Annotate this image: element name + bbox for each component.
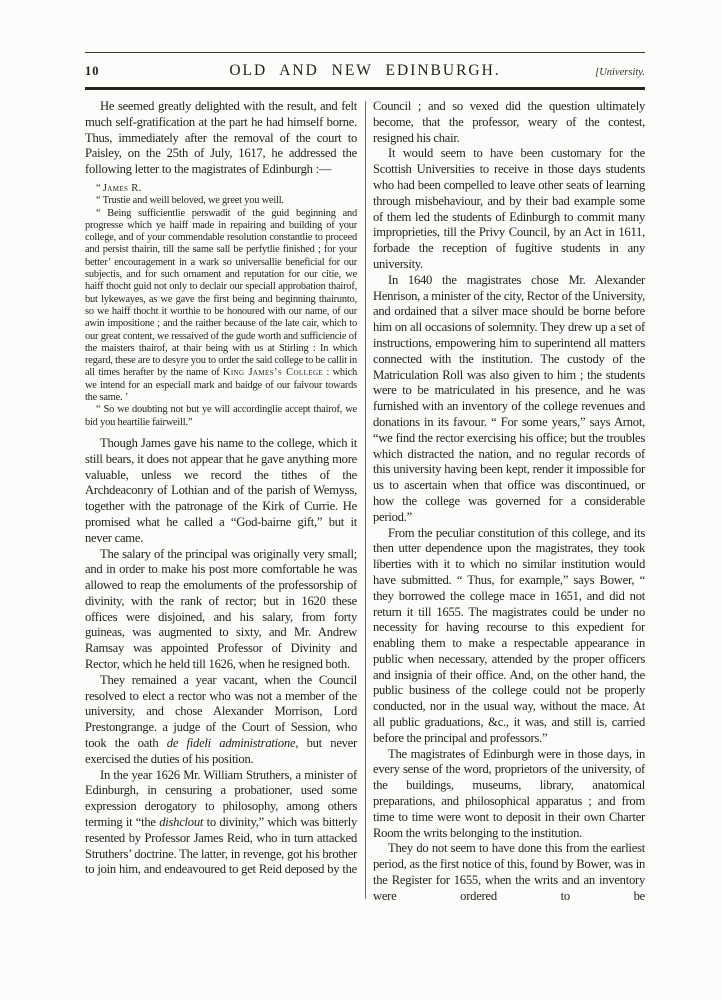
- left-column: He seemed greatly delighted with the res…: [85, 99, 357, 905]
- letter-greeting: “ Trustie and weill beloved, we greet yo…: [85, 195, 357, 207]
- column-divider: [365, 101, 366, 899]
- royal-letter: “ James R. “ Trustie and weill beloved, …: [85, 183, 357, 429]
- paragraph-henrison-rector: In 1640 the magistrates chose Mr. Alexan…: [373, 273, 645, 526]
- text-columns: He seemed greatly delighted with the res…: [85, 99, 645, 905]
- paragraph-intro: He seemed greatly delighted with the res…: [85, 99, 357, 178]
- paragraph-charter-room: They do not seem to have done this from …: [373, 841, 645, 904]
- paragraph-college-name: Though James gave his name to the colleg…: [85, 436, 357, 547]
- letter-salutation: “ James R.: [85, 183, 357, 195]
- latin-phrase: de fideli administratione: [167, 736, 296, 750]
- letter-college-name: King James’s College: [223, 367, 323, 378]
- paragraph-struthers: In the year 1626 Mr. William Struthers, …: [85, 768, 357, 879]
- book-page: 10 OLD AND NEW EDINBURGH. [University. H…: [0, 0, 722, 1000]
- page-title: OLD AND NEW EDINBURGH.: [155, 62, 575, 80]
- paragraph-college-mace: From the peculiar constitution of this c…: [373, 526, 645, 747]
- running-head: [University.: [575, 67, 645, 78]
- right-column: Council ; and so vexed did the question …: [373, 99, 645, 905]
- header-bottom-rule: [85, 87, 645, 90]
- italic-word-dishclout: dishclout: [159, 815, 203, 829]
- page-header: 10 OLD AND NEW EDINBURGH. [University.: [85, 53, 645, 85]
- paragraph-council-continuation: Council ; and so vexed did the question …: [373, 99, 645, 146]
- page-number: 10: [85, 64, 155, 79]
- paragraph-salary: The salary of the principal was original…: [85, 547, 357, 673]
- letter-body-text: “ Being sufficientlie perswadit of the g…: [85, 208, 357, 379]
- letter-salutation-quote: “: [96, 183, 103, 194]
- letter-signature-name: James R.: [103, 183, 142, 194]
- letter-body: “ Being sufficientlie perswadit of the g…: [85, 208, 357, 405]
- paragraph-magistrates-proprietors: The magistrates of Edinburgh were in tho…: [373, 747, 645, 842]
- paragraph-fugitive-students: It would seem to have been customary for…: [373, 146, 645, 272]
- letter-closing: “ So we doubting not but ye will accordi…: [85, 404, 357, 429]
- page-content: 10 OLD AND NEW EDINBURGH. [University. H…: [85, 52, 645, 905]
- paragraph-rector-vacancy: They remained a year vacant, when the Co…: [85, 673, 357, 768]
